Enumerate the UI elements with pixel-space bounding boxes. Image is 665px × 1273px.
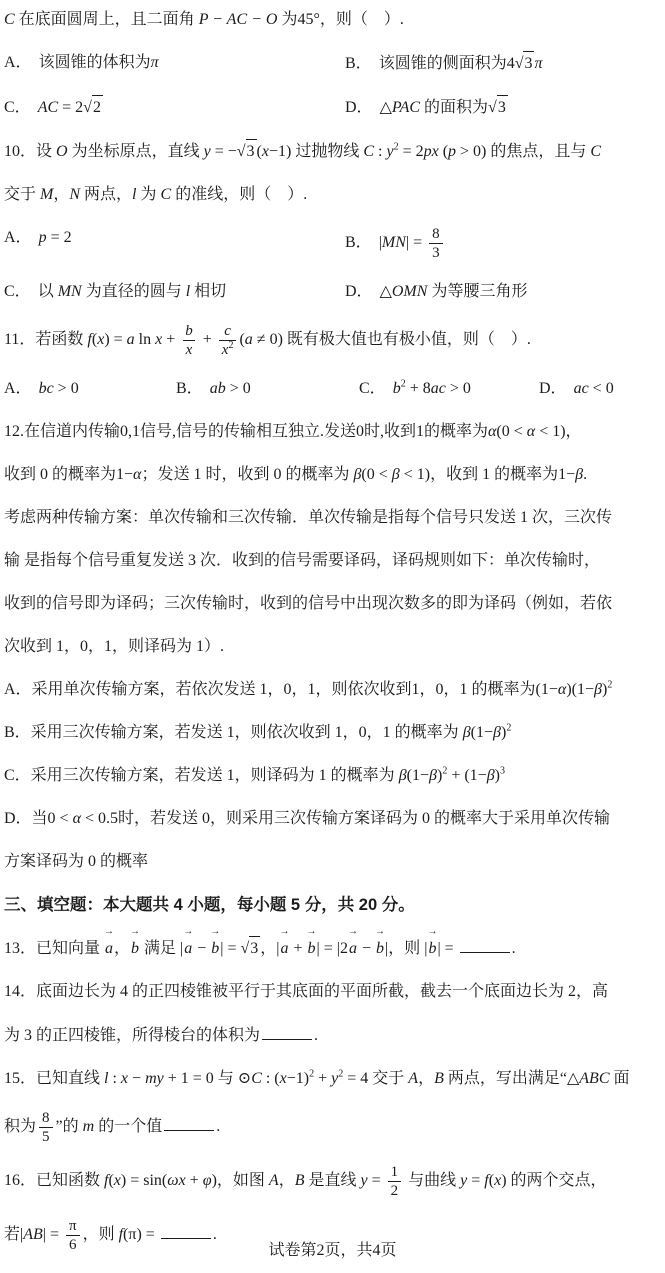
fraction-numerator: 8: [429, 226, 443, 243]
math-var: y: [386, 143, 393, 160]
text-run: = 2: [47, 229, 72, 246]
vector-var: →b: [307, 937, 317, 961]
exam-document-page: C 在底面圆周上，且二面角 P − AC − O 为45°，则（ ）.A．该圆锥…: [0, 0, 665, 1273]
text-run: 考虑两种传输方案：单次传输和三次传输．单次传输是指每个信号只发送 1 次，三次传: [4, 509, 612, 526]
vector-arrow-icon: →: [427, 927, 437, 937]
q12-stem-line-5: 收到的信号即为译码；三次传输时，收到的信号中出现次数多的即为译码（例如，若依: [4, 592, 662, 616]
text-run: | = |2: [317, 940, 348, 957]
q12-option-c: C．采用三次传输方案，若发送 1，则译码为 1 的概率为 β(1−β)2 + (…: [4, 764, 662, 788]
text-run: 5: [42, 1129, 50, 1145]
math-var: β: [392, 466, 400, 483]
fraction: 85: [39, 1110, 53, 1145]
text-run: )(1−: [566, 681, 594, 698]
math-var: A: [408, 1070, 418, 1087]
text-run: 与曲线: [404, 1172, 460, 1189]
option-label: D．: [345, 99, 373, 116]
text-run: ”的: [56, 1118, 83, 1135]
text-run: 的面积为: [420, 99, 488, 116]
math-var: P − AC − O: [199, 11, 278, 28]
math-var: C: [251, 1070, 262, 1087]
q9-options-row-2: C．AC = 2√2D．△PAC 的面积为√3: [4, 95, 662, 120]
math-var: α: [527, 423, 535, 440]
fraction: cx2: [219, 323, 237, 358]
text-run: 16．已知函数: [4, 1172, 104, 1189]
text-run: 两点，: [80, 186, 132, 203]
text-run: 积为: [4, 1118, 36, 1135]
q12-option-d-line-1: D．当0 < α < 0.5时，若发送 0，则采用三次传输方案译码为 0 的概率…: [4, 807, 662, 831]
math-var: ABC: [579, 1070, 609, 1087]
math-var: ab: [210, 380, 226, 397]
math-var: π: [534, 55, 542, 72]
text-run: < 0: [589, 380, 614, 397]
text-run: 为: [137, 186, 161, 203]
text-run: 方案译码为 0 的概率: [4, 853, 148, 870]
radical-sign-icon: √: [241, 937, 250, 961]
math-var: a: [127, 331, 135, 348]
math-var: b: [185, 323, 193, 339]
sqrt-radical: √3: [515, 51, 535, 76]
math-var: φ: [203, 1172, 212, 1189]
q11-option-c: C．b2 + 8ac > 0: [359, 377, 539, 401]
text-run: 为直径的圆与: [82, 283, 186, 300]
option-label: C．: [4, 283, 31, 300]
math-var: A: [269, 1172, 279, 1189]
text-run: :: [108, 1070, 120, 1087]
option-label: D．: [345, 283, 373, 300]
math-var: C: [161, 186, 172, 203]
text-run: −: [358, 940, 375, 957]
fraction-denominator: x: [183, 340, 196, 358]
text-run: ，: [114, 940, 130, 957]
vector-letter: a: [105, 940, 113, 957]
page-footer: 试卷第2页，共4页: [0, 1239, 665, 1263]
radical-sign-icon: √: [237, 140, 246, 164]
math-var: b: [393, 380, 401, 397]
fraction: bx: [182, 323, 196, 358]
radicand: 3: [249, 936, 260, 961]
text-run: −: [193, 940, 210, 957]
superscript: 3: [500, 766, 505, 777]
option-label: A．: [4, 54, 32, 71]
vector-arrow-icon: →: [280, 927, 290, 937]
text-run: 面: [610, 1070, 630, 1087]
vector-var: →b: [375, 937, 385, 961]
text-run: 12.在信道内传输0,1信号,信号的传输相互独立.发送0时,收到1的概率为: [4, 423, 488, 440]
text-run: ；发送 1 时，收到 0 的概率为: [141, 466, 353, 483]
text-run: ，: [53, 186, 69, 203]
text-run: :: [374, 143, 386, 160]
text-run: 1: [391, 1164, 399, 1180]
fraction-numerator: 8: [39, 1110, 53, 1127]
q15-stem-line-1: 15．已知直线 l : x − my + 1 = 0 与 ⊙C : (x−1)2…: [4, 1067, 662, 1091]
text-run: △: [380, 99, 392, 116]
vector-var: →a: [183, 937, 193, 961]
superscript: 2: [228, 340, 233, 351]
radical-sign-icon: √: [488, 96, 497, 120]
q10-options-row-2: C．以 MN 为直径的圆与 l 相切D．△OMN 为等腰三角形: [4, 280, 662, 304]
q16-stem-line-1: 16．已知函数 f(x) = sin(ωx + φ)，如图 A，B 是直线 y …: [4, 1164, 662, 1199]
text-run: .: [314, 1027, 318, 1044]
text-run: 的一个值: [94, 1118, 162, 1135]
math-var: M: [40, 186, 53, 203]
vector-arrow-icon: →: [183, 927, 193, 937]
q9-options-row-1: A．该圆锥的体积为πB．该圆锥的侧面积为4√3π: [4, 51, 662, 76]
text-run: 以: [38, 283, 58, 300]
text-run: D．当0 <: [4, 810, 73, 827]
q9-option-a: A．该圆锥的体积为π: [4, 51, 345, 76]
radicand: 3: [246, 139, 257, 164]
vector-letter: b: [211, 940, 219, 957]
radical-sign-icon: √: [515, 52, 524, 76]
q12-option-a: A．采用单次传输方案，若依次发送 1，0，1，则依次收到1，0，1 的概率为(1…: [4, 678, 662, 702]
math-var: O: [56, 143, 68, 160]
text-run: +: [199, 331, 216, 348]
q12-stem-line-6: 次收到 1，0，1，则译码为 1）.: [4, 635, 662, 659]
radicand: 3: [497, 95, 508, 120]
text-run: |，则 |: [385, 940, 427, 957]
math-var: x: [280, 1070, 287, 1087]
q12-stem-line-3: 考虑两种传输方案：单次传输和三次传输．单次传输是指每个信号只发送 1 次，三次传: [4, 506, 662, 530]
text-run: ln: [135, 331, 155, 348]
text-run: 满足 |: [140, 940, 183, 957]
math-var: β: [493, 724, 501, 741]
vector-letter: b: [376, 940, 384, 957]
math-var: x: [186, 342, 193, 358]
text-run: 次收到 1，0，1，则译码为 1）.: [4, 638, 224, 655]
text-run: < 1)，: [535, 423, 581, 440]
math-var: α: [73, 810, 81, 827]
text-run: 3: [432, 245, 440, 261]
answer-blank: [460, 936, 510, 953]
q14-stem-line-2: 为 3 的正四棱锥，所得棱台的体积为.: [4, 1023, 662, 1048]
math-var: β: [487, 767, 495, 784]
fraction: 83: [429, 226, 443, 261]
sqrt-radical: √3: [237, 139, 257, 164]
q14-stem-line-1: 14．底面边长为 4 的正四棱锥被平行于其底面的平面所截，截去一个底面边长为 2…: [4, 980, 662, 1004]
option-label: B．: [345, 234, 372, 251]
math-var: ac: [574, 380, 589, 397]
text-run: 在底面圆周上，且二面角: [15, 11, 199, 28]
fraction-denominator: 5: [39, 1127, 53, 1145]
q12-stem-line-2: 收到 0 的概率为1−α；发送 1 时，收到 0 的概率为 β(0 < β < …: [4, 463, 662, 487]
q9-option-c: C．AC = 2√2: [4, 95, 345, 120]
q12-option-d-line-2: 方案译码为 0 的概率: [4, 850, 662, 874]
vector-arrow-icon: →: [104, 927, 114, 937]
fraction-numerator: π: [66, 1218, 80, 1235]
exam-content: C 在底面圆周上，且二面角 P − AC − O 为45°，则（ ）.A．该圆锥…: [4, 8, 662, 1253]
option-label: A．: [4, 380, 32, 397]
text-run: > 0) 的焦点，且与: [456, 143, 590, 160]
math-var: x: [114, 1172, 121, 1189]
math-var: m: [83, 1118, 95, 1135]
answer-blank: [164, 1114, 214, 1131]
q13-stem: 13．已知向量 →a，→b 满足 |→a − →b| = √3，|→a + →b…: [4, 936, 662, 961]
option-label: A．: [4, 229, 32, 246]
math-var: ωx: [167, 1172, 185, 1189]
vector-var: →b: [427, 937, 437, 961]
radicand: 2: [92, 95, 103, 120]
text-run: = 2: [399, 143, 424, 160]
math-var: y: [361, 1172, 368, 1189]
superscript: 2: [607, 680, 612, 691]
math-var: MN: [382, 234, 406, 251]
math-var: x: [262, 143, 269, 160]
text-run: (1−: [471, 724, 493, 741]
math-var: p: [39, 229, 47, 246]
q11-stem: 11．若函数 f(x) = a ln x + bx + cx2(a ≠ 0) 既…: [4, 323, 662, 358]
text-run: < 0.5时，若发送 0，则采用三次传输方案译码为 0 的概率大于采用单次传输: [81, 810, 610, 827]
text-run: (0 <: [361, 466, 391, 483]
text-run: 输 是指每个信号重复发送 3 次．收到的信号需要译码，译码规则如下：单次传输时，: [4, 552, 600, 569]
text-run: 相切: [190, 283, 226, 300]
q10-stem-line-1: 10．设 O 为坐标原点，直线 y = −√3(x−1) 过抛物线 C : y2…: [4, 139, 662, 164]
text-run: | =: [437, 940, 457, 957]
text-run: −1): [287, 1070, 309, 1087]
vector-letter: a: [281, 940, 289, 957]
sqrt-radical: √2: [83, 95, 103, 120]
q10-stem-line-2: 交于 M，N 两点，l 为 C 的准线，则（ ）.: [4, 183, 662, 207]
text-run: 14．底面边长为 4 的正四棱锥被平行于其底面的平面所截，截去一个底面边长为 2…: [4, 983, 608, 1000]
q10-option-d: D．△OMN 为等腰三角形: [345, 280, 527, 304]
option-label: C．: [359, 380, 386, 397]
q9-option-b: B．该圆锥的侧面积为4√3π: [345, 51, 543, 76]
text-run: +: [186, 1172, 203, 1189]
text-run: 11．若函数: [4, 331, 87, 348]
vector-letter: b: [428, 940, 436, 957]
math-var: p: [448, 143, 456, 160]
text-run: 2: [391, 1183, 399, 1199]
text-run: ) =: [104, 331, 126, 348]
option-label: C．: [4, 99, 31, 116]
vector-letter: a: [349, 940, 357, 957]
text-run: 为等腰三角形: [427, 283, 527, 300]
math-var: OMN: [392, 283, 428, 300]
q12-stem-line-1: 12.在信道内传输0,1信号,信号的传输相互独立.发送0时,收到1的概率为α(0…: [4, 420, 662, 444]
math-var: β: [429, 767, 437, 784]
math-var: β: [594, 681, 602, 698]
math-var: π: [151, 54, 159, 71]
q12-option-b: B．采用三次传输方案，若发送 1，则依次收到 1，0，1 的概率为 β(1−β)…: [4, 721, 662, 745]
text-run: 交于: [4, 186, 40, 203]
math-var: N: [69, 186, 80, 203]
math-var: my: [145, 1070, 164, 1087]
vector-arrow-icon: →: [348, 927, 358, 937]
vector-var: →b: [130, 937, 140, 961]
math-var: x: [121, 1070, 128, 1087]
text-run: (: [439, 143, 448, 160]
text-run: 收到 0 的概率为1−: [4, 466, 133, 483]
text-run: 为坐标原点，直线: [68, 143, 204, 160]
text-run: =: [368, 1172, 385, 1189]
math-var: C: [590, 143, 601, 160]
text-run: + 8: [406, 380, 431, 397]
superscript: 2: [506, 723, 511, 734]
option-label: D．: [539, 380, 567, 397]
math-var: B: [434, 1070, 444, 1087]
text-run: < 1)，收到 1 的概率为1−: [400, 466, 575, 483]
sqrt-radical: √3: [241, 936, 261, 961]
text-run: + 1 = 0 与 ⊙: [164, 1070, 251, 1087]
text-run: −1) 过抛物线: [269, 143, 363, 160]
option-label: B．: [176, 380, 203, 397]
text-run: 10．设: [4, 143, 56, 160]
text-run: △: [380, 283, 392, 300]
q10-option-c: C．以 MN 为直径的圆与 l 相切: [4, 280, 345, 304]
fraction-numerator: b: [182, 323, 196, 340]
q11-option-d: D．ac < 0: [539, 377, 614, 401]
text-run: 8: [432, 226, 440, 242]
section-3-heading: 三、填空题：本大题共 4 小题，每小题 5 分，共 20 分。: [4, 893, 662, 917]
vector-var: →a: [348, 937, 358, 961]
text-run: 该圆锥的侧面积为4: [379, 55, 515, 72]
vector-arrow-icon: →: [130, 927, 140, 937]
fraction-numerator: 1: [388, 1164, 402, 1181]
text-run: | =: [406, 234, 426, 251]
text-run: 是直线: [304, 1172, 360, 1189]
text-run: > 0: [54, 380, 79, 397]
math-var: a: [245, 331, 253, 348]
text-run: =: [467, 1172, 484, 1189]
vector-letter: b: [308, 940, 316, 957]
math-var: c: [224, 323, 231, 339]
fraction-numerator: c: [221, 323, 234, 340]
text-run: 13．已知向量: [4, 940, 104, 957]
text-run: .: [583, 466, 587, 483]
radical-sign-icon: √: [83, 96, 92, 120]
q11-option-b: B．ab > 0: [176, 377, 359, 401]
answer-blank: [161, 1222, 211, 1239]
text-run: .: [512, 940, 516, 957]
text-run: +: [314, 1070, 331, 1087]
math-var: y: [204, 143, 211, 160]
text-run: (1−: [407, 767, 429, 784]
text-run: 8: [42, 1110, 50, 1126]
text-run: = −: [211, 143, 237, 160]
vector-letter: b: [131, 940, 139, 957]
math-var: β: [575, 466, 583, 483]
q15-stem-line-2: 积为85”的 m 的一个值.: [4, 1110, 662, 1145]
text-run: 15．已知直线: [4, 1070, 104, 1087]
text-run: C．采用三次传输方案，若发送 1，则译码为 1 的概率为: [4, 767, 399, 784]
vector-arrow-icon: →: [307, 927, 317, 937]
q10-option-b: B．|MN| = 83: [345, 226, 446, 261]
text-run: +: [290, 940, 307, 957]
text-run: 收到的信号即为译码；三次传输时，收到的信号中出现次数多的即为译码（例如，若依: [4, 595, 612, 612]
option-label: B．: [345, 55, 372, 72]
text-run: + (1−: [447, 767, 486, 784]
q11-option-a: A．bc > 0: [4, 377, 176, 401]
math-var: β: [399, 767, 407, 784]
text-run: > 0: [446, 380, 471, 397]
math-var: PAC: [392, 99, 420, 116]
text-run: +: [162, 331, 179, 348]
text-run: ，: [279, 1172, 295, 1189]
vector-letter: a: [184, 940, 192, 957]
math-var: AC: [38, 99, 58, 116]
vector-arrow-icon: →: [375, 927, 385, 937]
text-run: π: [69, 1218, 77, 1234]
text-run: )，如图: [212, 1172, 269, 1189]
radicand: 3: [523, 51, 534, 76]
q10-option-a: A．p = 2: [4, 226, 345, 261]
text-run: 两点，写出满足“△: [444, 1070, 579, 1087]
text-run: B．采用三次传输方案，若发送 1，则依次收到 1，0，1 的概率为: [4, 724, 463, 741]
vector-var: →a: [280, 937, 290, 961]
text-run: 的准线，则（ ）.: [171, 186, 307, 203]
math-var: C: [363, 143, 374, 160]
text-run: 三、填空题：本大题共 4 小题，每小题 5 分，共 20 分。: [4, 896, 415, 914]
text-run: 该圆锥的体积为: [39, 54, 151, 71]
fraction: 12: [388, 1164, 402, 1199]
text-run: ) 的两个交点，: [501, 1172, 606, 1189]
text-run: ≠ 0) 既有极大值也有极小值，则（ ）.: [253, 331, 531, 348]
text-run: 为45°，则（ ）.: [277, 11, 403, 28]
text-run: −: [128, 1070, 145, 1087]
q10-options-row-1: A．p = 2B．|MN| = 83: [4, 226, 662, 261]
text-run: ，: [418, 1070, 434, 1087]
text-run: 为 3 的正四棱锥，所得棱台的体积为: [4, 1027, 260, 1044]
fraction-denominator: 3: [429, 243, 443, 261]
vector-var: →a: [104, 937, 114, 961]
vector-var: →b: [210, 937, 220, 961]
math-var: ac: [431, 380, 446, 397]
q11-options-row: A．bc > 0B．ab > 0C．b2 + 8ac > 0D．ac < 0: [4, 377, 662, 401]
text-run: | =: [220, 940, 240, 957]
text-run: .: [216, 1118, 220, 1135]
vector-arrow-icon: →: [210, 927, 220, 937]
text-run: > 0: [226, 380, 251, 397]
q12-stem-line-4: 输 是指每个信号重复发送 3 次．收到的信号需要译码，译码规则如下：单次传输时，: [4, 549, 662, 573]
q9-stem-continued: C 在底面圆周上，且二面角 P − AC − O 为45°，则（ ）.: [4, 8, 662, 32]
q9-option-d: D．△PAC 的面积为√3: [345, 95, 508, 120]
answer-blank: [262, 1023, 312, 1040]
text-run: = 2: [58, 99, 83, 116]
text-run: : (: [262, 1070, 280, 1087]
math-var: MN: [58, 283, 82, 300]
math-var: C: [4, 11, 15, 28]
math-var: bc: [39, 380, 54, 397]
fraction-denominator: x2: [219, 340, 237, 358]
text-run: = 4 交于: [343, 1070, 408, 1087]
text-run: ) = sin(: [121, 1172, 167, 1189]
sqrt-radical: √3: [488, 95, 508, 120]
text-run: (0 <: [496, 423, 526, 440]
math-var: px: [424, 143, 439, 160]
math-var: β: [463, 724, 471, 741]
text-run: ，|: [260, 940, 279, 957]
text-run: A．采用单次传输方案，若依次发送 1，0，1，则依次收到1，0，1 的概率为(1…: [4, 681, 558, 698]
fraction-denominator: 2: [388, 1181, 402, 1199]
